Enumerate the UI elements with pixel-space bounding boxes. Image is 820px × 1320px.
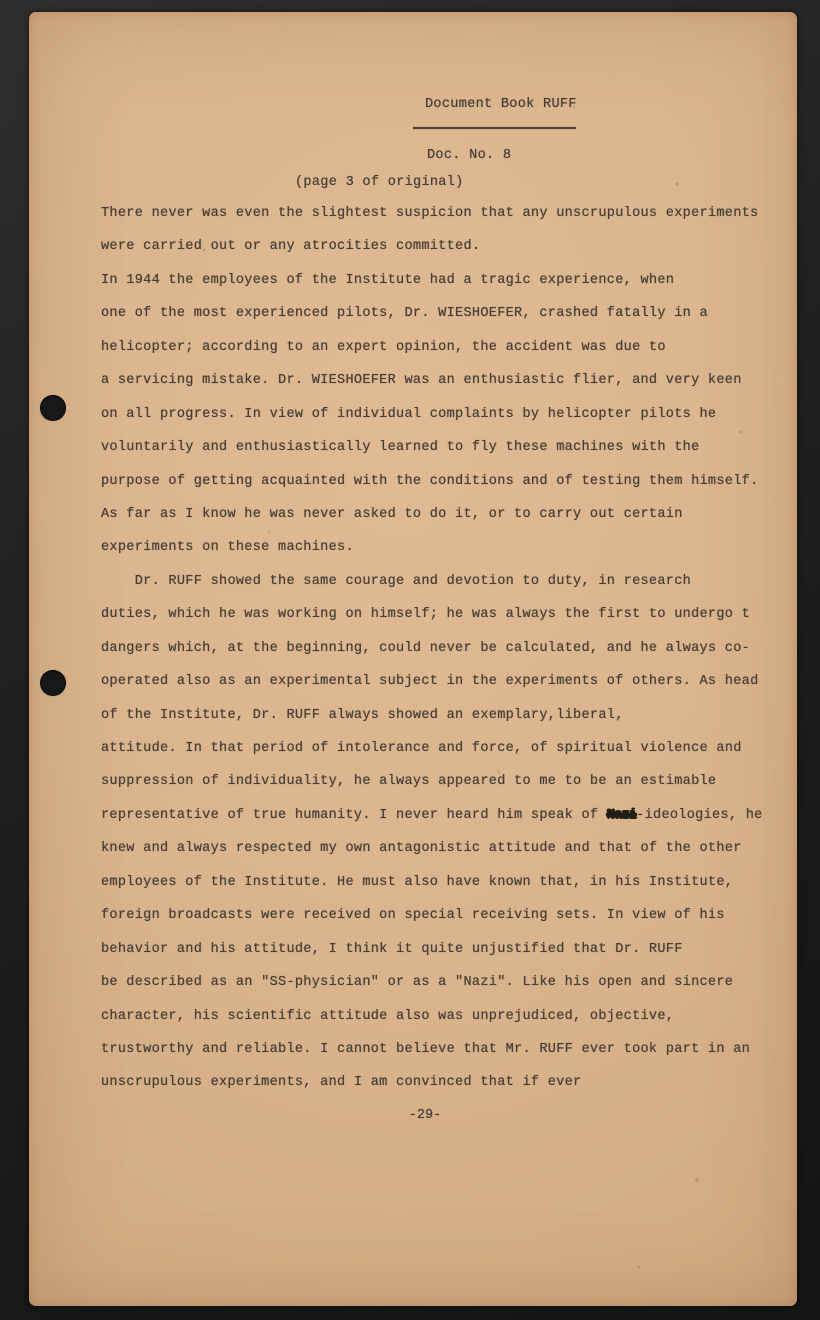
page-number: -29- [101,1108,749,1123]
text-line: suppression of individuality, he always … [101,765,761,798]
text-line: were carried out or any atrocities commi… [101,230,761,263]
text-line: purpose of getting acquainted with the c… [101,465,761,498]
text-line: behavior and his attitude, I think it qu… [101,933,761,966]
text-line: Dr. RUFF showed the same courage and dev… [101,565,761,598]
document-body: There never was even the slightest suspi… [101,197,761,1100]
text-line: helicopter; according to an expert opini… [101,331,761,364]
text-line: knew and always respected my own antagon… [101,832,761,865]
text-line: In 1944 the employees of the Institute h… [101,264,761,297]
doc-number: Doc. No. 8 [427,148,511,163]
overstruck-word: Nazi [607,808,636,823]
document-book-title: Document Book RUFF [425,97,577,112]
text-line: representative of true humanity. I never… [101,799,761,832]
text-line: character, his scientific attitude also … [101,1000,761,1033]
title-underline [413,127,576,129]
text-line: As far as I know he was never asked to d… [101,498,761,531]
text-line: one of the most experienced pilots, Dr. … [101,297,761,330]
hole-punch-top-icon [40,395,66,421]
text-line: on all progress. In view of individual c… [101,398,761,431]
text-line: employees of the Institute. He must also… [101,866,761,899]
text-line: unscrupulous experiments, and I am convi… [101,1066,761,1099]
text-line: foreign broadcasts were received on spec… [101,899,761,932]
text-line: There never was even the slightest suspi… [101,197,761,230]
text-line: a servicing mistake. Dr. WIESHOEFER was … [101,364,761,397]
text-line: dangers which, at the beginning, could n… [101,632,761,665]
text-line: trustworthy and reliable. I cannot belie… [101,1033,761,1066]
hole-punch-bottom-icon [40,670,66,696]
text-line: of the Institute, Dr. RUFF always showed… [101,699,761,732]
text-line: be described as an "SS-physician" or as … [101,966,761,999]
text-line: attitude. In that period of intolerance … [101,732,761,765]
document-page: Document Book RUFF Doc. No. 8 (page 3 of… [29,12,797,1306]
text-line: experiments on these machines. [101,531,761,564]
scan-background: Document Book RUFF Doc. No. 8 (page 3 of… [0,0,820,1320]
text-line: duties, which he was working on himself;… [101,598,761,631]
page-note: (page 3 of original) [295,175,464,190]
text-line: operated also as an experimental subject… [101,665,761,698]
text-line: voluntarily and enthusiastically learned… [101,431,761,464]
